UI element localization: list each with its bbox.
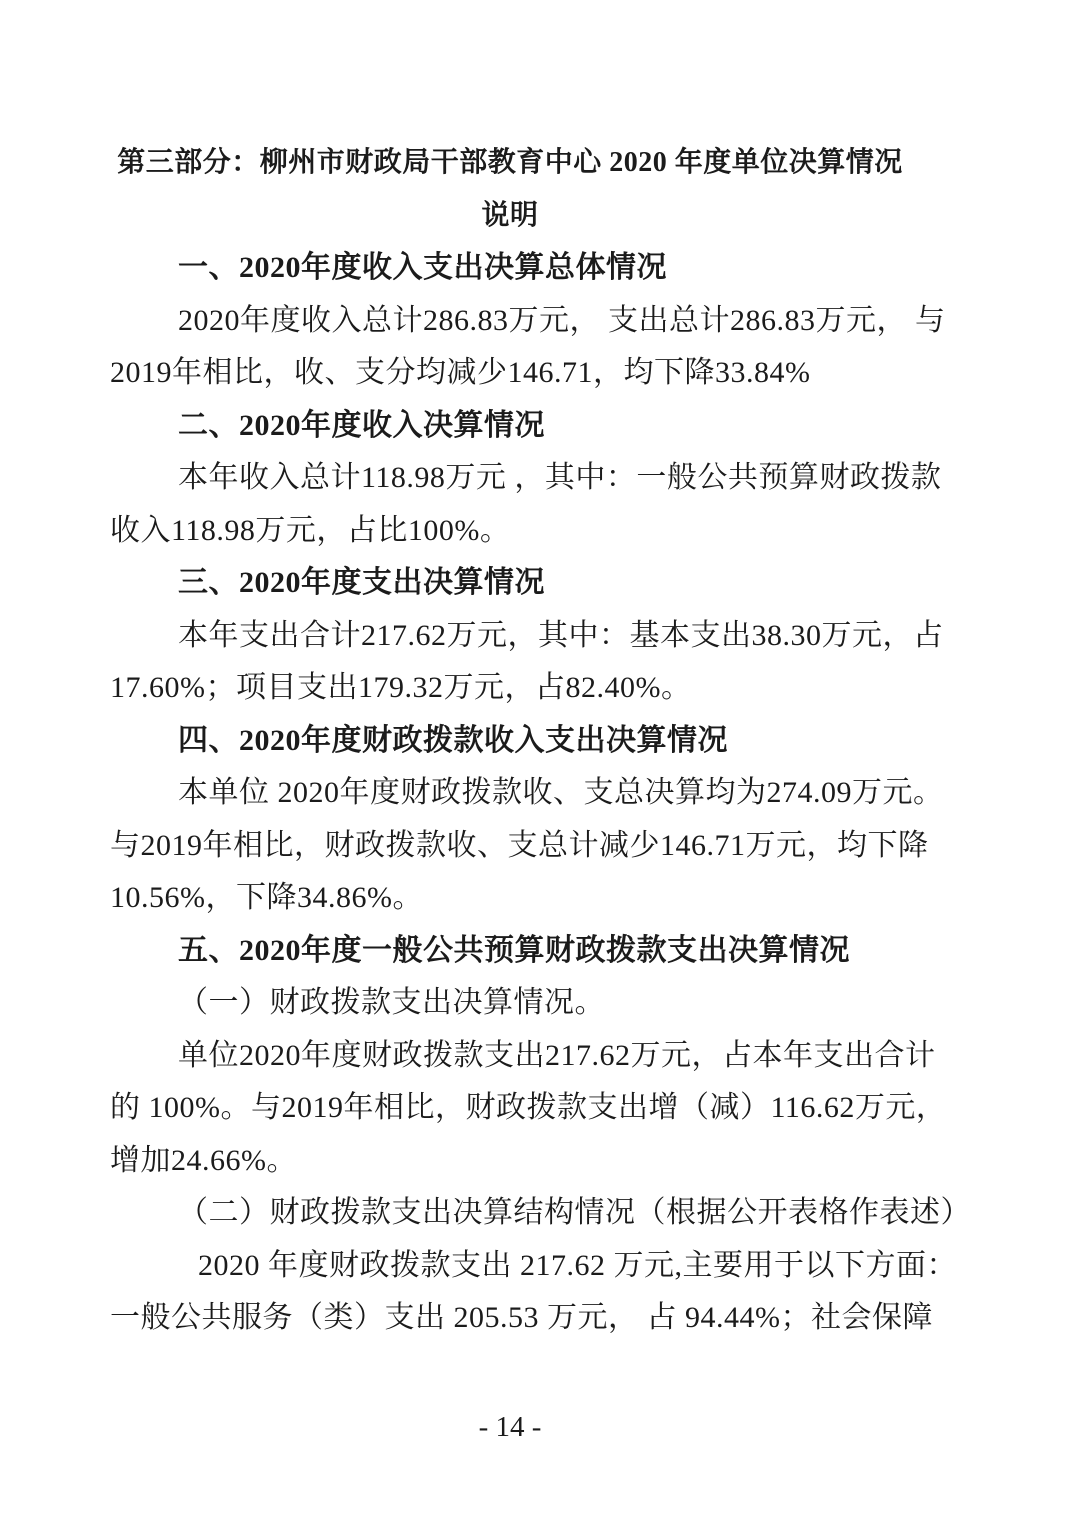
section-2-line-1: 本年收入总计118.98万元 ，其中：一般公共预算财政拨款	[110, 452, 910, 505]
section-3-line-2: 17.60%；项目支出179.32万元，占82.40%。	[110, 662, 910, 715]
section-3-heading: 三、2020年度支出决算情况	[110, 557, 910, 610]
document-title-line1: 第三部分：柳州市财政局干部教育中心 2020 年度单位决算情况	[110, 137, 910, 190]
section-5-line-6: 2020 年度财政拨款支出 217.62 万元,主要用于以下方面：	[110, 1240, 910, 1293]
section-5-line-3: 的 100%。与2019年相比，财政拨款支出增（减）116.62万元，	[110, 1082, 910, 1135]
section-1-line-2: 2019年相比，收、支分均减少146.71，均下降33.84%	[110, 347, 910, 400]
section-1-line-1: 2020年度收入总计286.83万元， 支出总计286.83万元， 与	[110, 295, 910, 348]
section-5-line-1: （一）财政拨款支出决算情况。	[110, 977, 910, 1030]
document-content: 第三部分：柳州市财政局干部教育中心 2020 年度单位决算情况 说明 一、202…	[110, 137, 910, 1345]
section-4-line-1: 本单位 2020年度财政拨款收、支总决算均为274.09万元。	[110, 767, 910, 820]
document-page: 第三部分：柳州市财政局干部教育中心 2020 年度单位决算情况 说明 一、202…	[0, 0, 1074, 1520]
section-2-line-2: 收入118.98万元，占比100%。	[110, 505, 910, 558]
section-5-line-5: （二）财政拨款支出决算结构情况（根据公开表格作表述）	[110, 1187, 910, 1240]
section-5-heading: 五、2020年度一般公共预算财政拨款支出决算情况	[110, 925, 910, 978]
section-4-line-2: 与2019年相比，财政拨款收、支总计减少146.71万元，均下降	[110, 820, 910, 873]
section-4-heading: 四、2020年度财政拨款收入支出决算情况	[110, 715, 910, 768]
section-1-heading: 一、2020年度收入支出决算总体情况	[110, 242, 910, 295]
section-5-line-2: 单位2020年度财政拨款支出217.62万元，占本年支出合计	[110, 1030, 910, 1083]
section-4-line-3: 10.56%，下降34.86%。	[110, 872, 910, 925]
section-2-heading: 二、2020年度收入决算情况	[110, 400, 910, 453]
page-number: - 14 -	[110, 1401, 910, 1453]
section-5-line-7: 一般公共服务（类）支出 205.53 万元， 占 94.44%；社会保障	[110, 1292, 910, 1345]
section-5-line-4: 增加24.66%。	[110, 1135, 910, 1188]
section-3-line-1: 本年支出合计217.62万元，其中：基本支出38.30万元，占	[110, 610, 910, 663]
document-title-line2: 说明	[110, 190, 910, 243]
